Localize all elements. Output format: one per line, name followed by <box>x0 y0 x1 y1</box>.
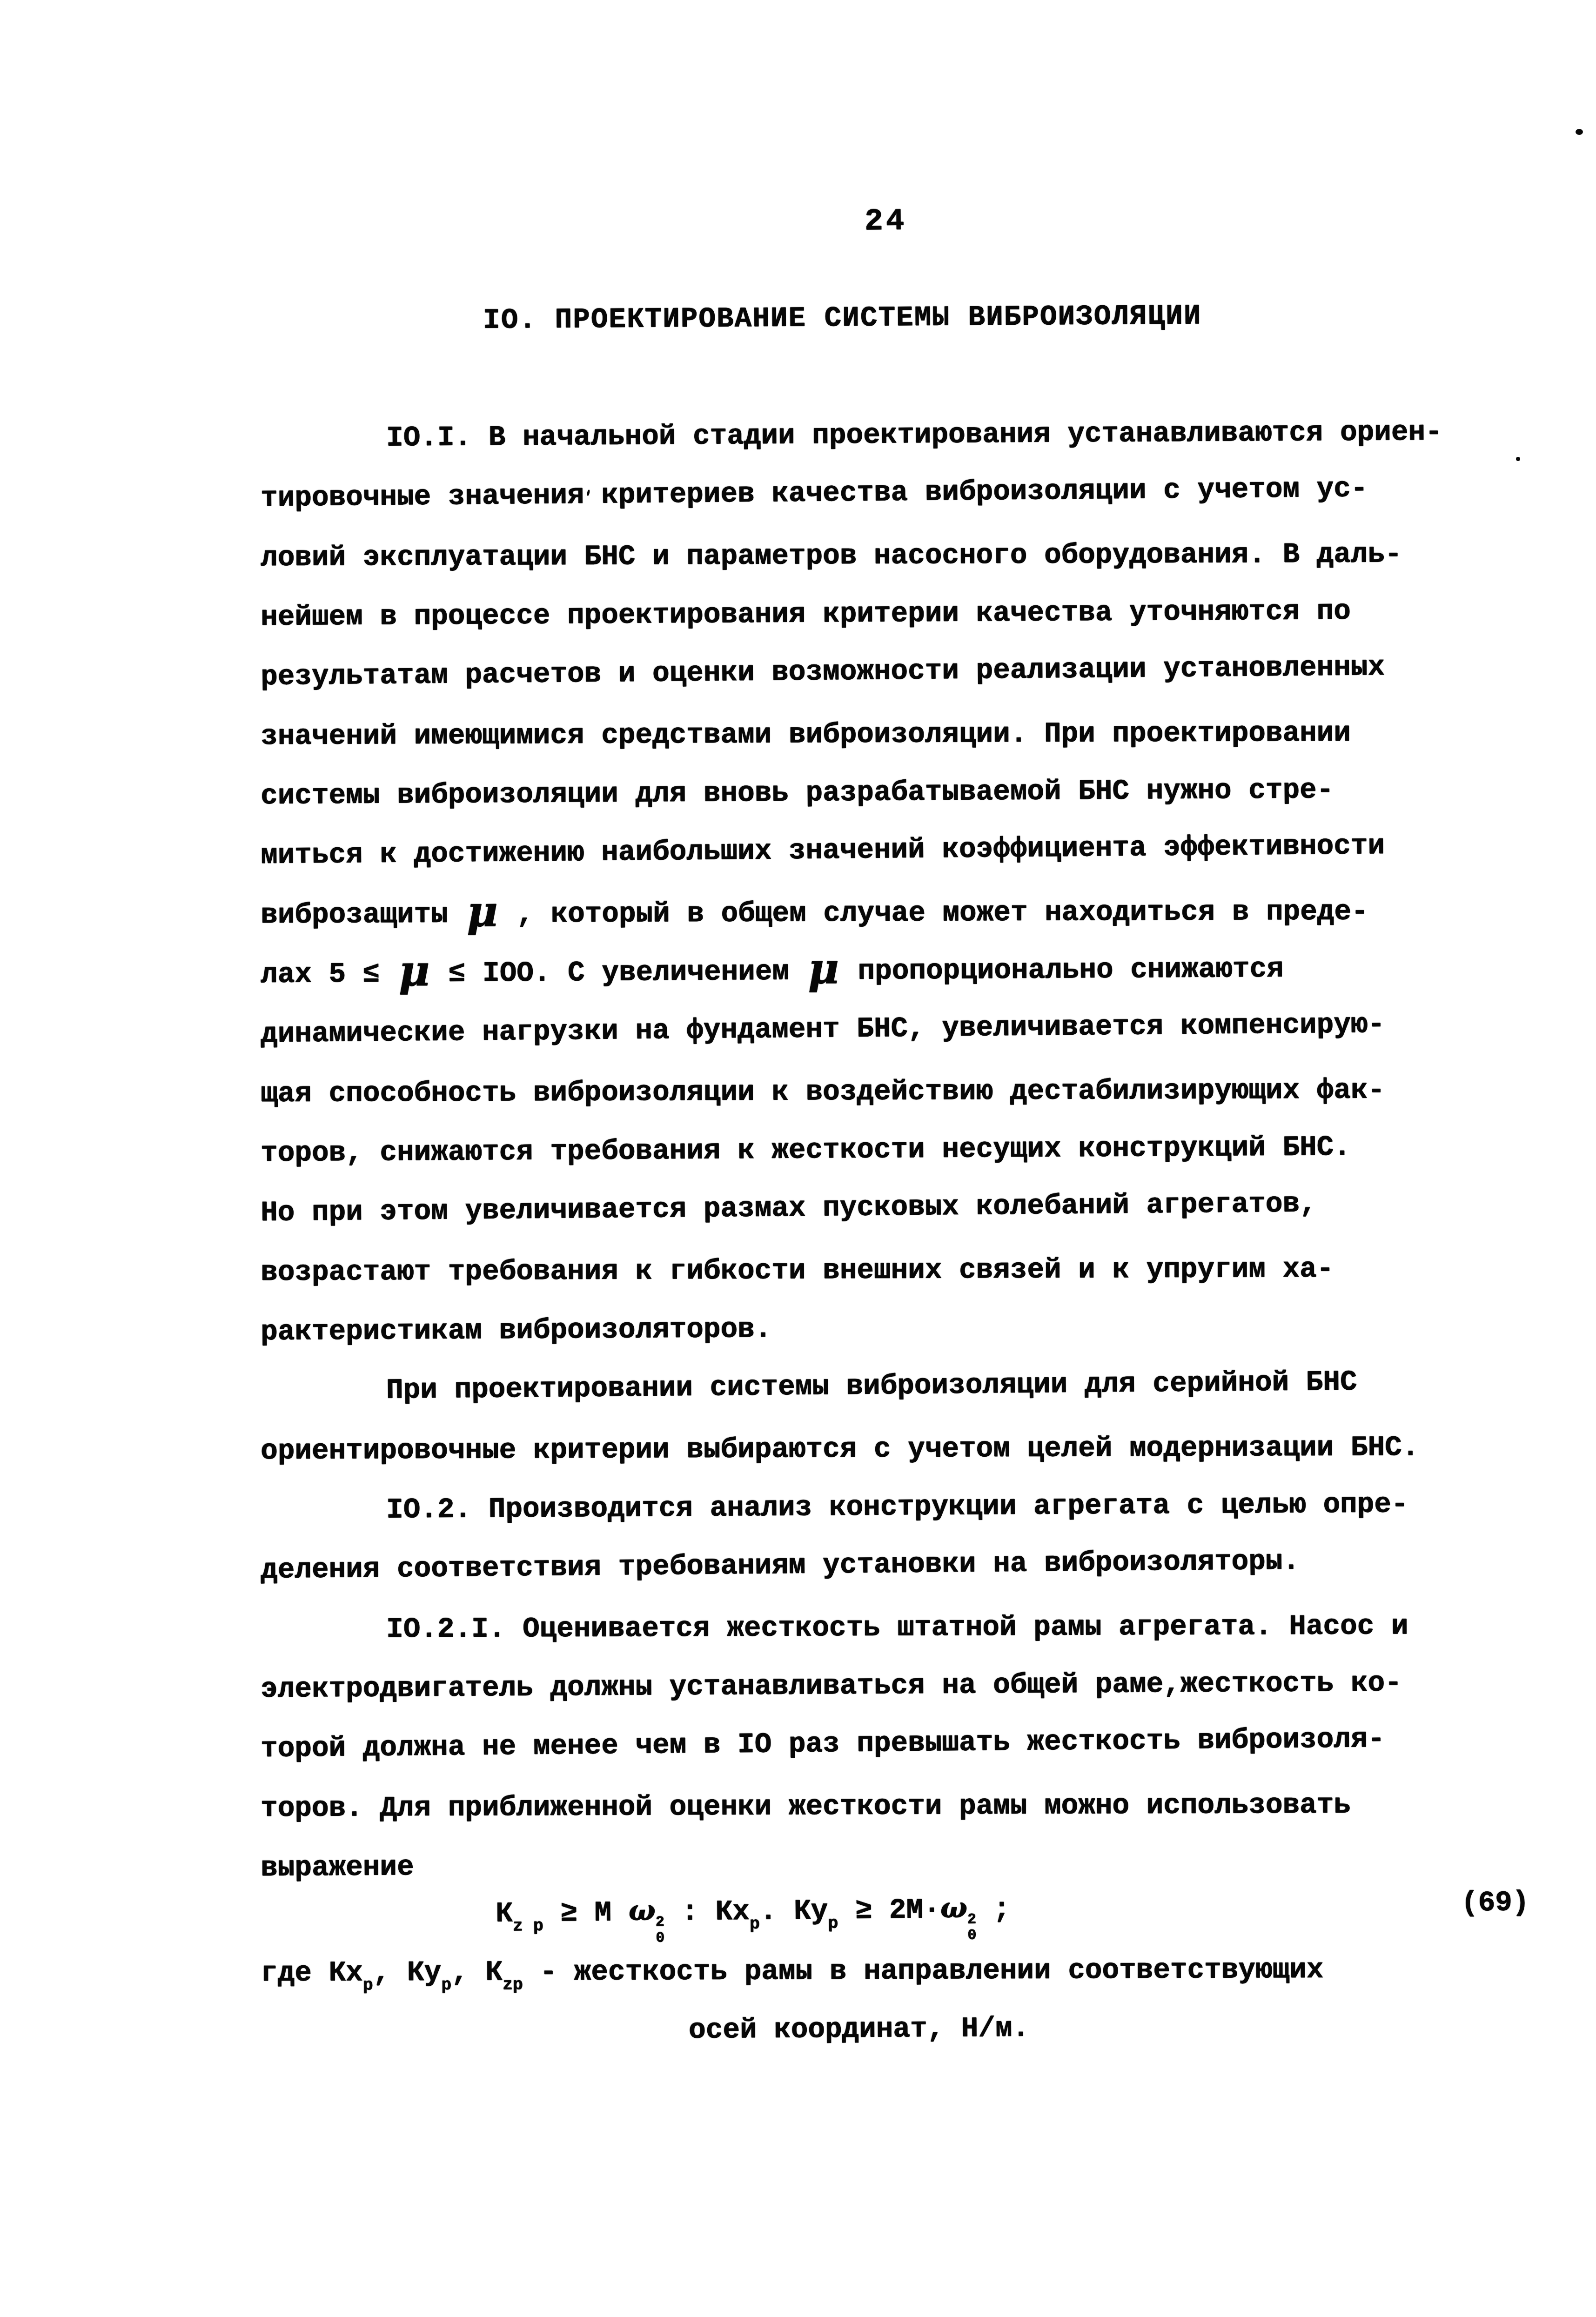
equation-number: (69) <box>1461 1873 1529 1933</box>
mu-symbol: μ <box>806 943 841 993</box>
text-line: значений имеющимися средствами виброизол… <box>261 703 1526 767</box>
mu-symbol: μ <box>397 945 432 996</box>
scan-speck <box>1516 457 1520 461</box>
text-line: щая способность виброизоляции к воздейст… <box>261 1060 1526 1124</box>
subscript: zр <box>503 1975 523 1994</box>
text-line: При проектировании системы виброизоляции… <box>260 1351 1526 1422</box>
text-line: лах 5 ≤ μ ≤ IOO. С увеличением μ пропорц… <box>261 938 1527 1005</box>
text-line: Но при этом увеличивается размах пусковы… <box>260 1172 1526 1243</box>
text-line: миться к достижению наибольших значений … <box>260 815 1526 886</box>
text-line: результатам расчетов и оценки возможност… <box>260 636 1526 707</box>
text-block: IO.I. В начальной стадии проектирования … <box>261 409 1526 2063</box>
text-line: торой должна не менее чем в IO раз превы… <box>260 1708 1526 1779</box>
subscript: р <box>828 1914 838 1933</box>
text-line: IO.2. Производится анализ конструкции аг… <box>261 1474 1527 1541</box>
mu-symbol: μ <box>465 886 500 937</box>
text-line: тировочные значения критериев качества в… <box>260 458 1526 529</box>
text-line: IO.I. В начальной стадии проектирования … <box>261 402 1527 469</box>
text-line: системы виброизоляции для вновь разрабат… <box>261 760 1527 826</box>
text-line: ориентировочные критерии выбираются с уч… <box>261 1418 1526 1481</box>
text-line: где Кхр, Кур, Кzр - жесткость рамы в нап… <box>261 1940 1526 2003</box>
omega0-squared-symbol: ω20 <box>628 1894 664 1927</box>
text-line: осей координат, Н/м. <box>261 1996 1527 2063</box>
text-line: нейшем в процессе проектирования критери… <box>261 581 1527 648</box>
text-line: электродвигатель должны устанавливаться … <box>261 1653 1527 1720</box>
omega0-squared-symbol: ω20 <box>940 1891 976 1925</box>
text-line: виброзащиты μ , который в общем случае м… <box>261 882 1526 945</box>
subscript: р <box>750 1915 760 1934</box>
scanned-page: 24 IO. ПРОЕКТИРОВАНИЕ СИСТЕМЫ ВИБРОИЗОЛЯ… <box>0 0 1596 2317</box>
subscript: р <box>363 1975 373 1995</box>
text-line: торов. Для приближенной оценки жесткости… <box>261 1775 1526 1839</box>
text-line: возрастают требования к гибкости внешних… <box>261 1239 1526 1303</box>
subscript: р <box>441 1975 451 1995</box>
text-line: ловий эксплуатации БНС и параметров насо… <box>261 524 1526 588</box>
text-line: рактеристикам виброизоляторов. <box>261 1296 1527 1362</box>
text-line: торов, снижаются требования к жесткости … <box>261 1117 1527 1184</box>
section-heading: IO. ПРОЕКТИРОВАНИЕ СИСТЕМЫ ВИБРОИЗОЛЯЦИИ <box>483 300 1202 336</box>
scan-speck <box>1576 129 1583 135</box>
text-line: IO.2.I. Оценивается жесткость штатной ра… <box>261 1596 1526 1660</box>
text-line: деления соответствия требованиям установ… <box>260 1530 1526 1600</box>
text-line: Кz р ≥ М ω20 : Кхр. Кур ≥ 2М·ω20 ;(69) <box>260 1873 1526 1944</box>
page-number: 24 <box>865 204 907 239</box>
text-line: динамические нагрузки на фундамент БНС, … <box>260 994 1526 1065</box>
subscript: z р <box>513 1916 543 1936</box>
